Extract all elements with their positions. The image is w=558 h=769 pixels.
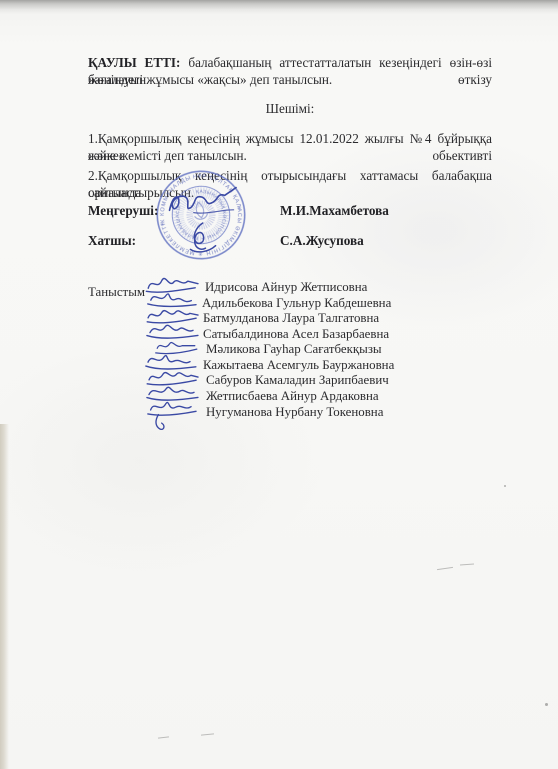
resolution-label: ҚАУЛЫ ЕТТІ:: [88, 55, 180, 70]
official-role-manager: Меңгеруші:: [88, 202, 158, 219]
ack-name-9: Нугуманова Нурбану Токеновна: [206, 404, 383, 421]
scanned-document-page: { "palette": { "paper": "#f7f7f5", "ink"…: [0, 0, 558, 769]
speck-mark: [504, 485, 506, 487]
manager-signature-scribble: [162, 183, 242, 220]
official-name-manager: М.И.Махамбетова: [280, 202, 389, 219]
speck-mark: [545, 703, 548, 706]
ack-name-1: Идрисова Айнур Жетписовна: [205, 279, 367, 296]
scan-top-shadow: [0, 0, 558, 14]
ack-signature-9: [144, 397, 201, 433]
ack-name-5: Мәликова Гауһар Сағатбекқызы: [206, 341, 382, 358]
ack-name-3: Батмулданова Лаура Талгатовна: [203, 310, 379, 327]
secretary-signature-scribble: [183, 219, 221, 257]
official-name-secretary: С.А.Жусупова: [280, 232, 364, 249]
decision-1-line-2: және жемісті деп танылсын.: [88, 147, 492, 164]
ack-name-7: Сабуров Камаладин Зарипбаевич: [206, 372, 389, 389]
scan-left-edge: [0, 424, 9, 769]
decision-heading: Шешімі:: [88, 100, 492, 117]
acknowledgement-label: Таныстым: [88, 284, 145, 301]
ack-name-8: Жетписбаева Айнур Ардаковна: [206, 388, 379, 405]
resolution-line-2: жөніндегі жұмысы «жақсы» деп танылсын.: [88, 71, 492, 88]
official-role-secretary: Хатшы:: [88, 232, 136, 249]
